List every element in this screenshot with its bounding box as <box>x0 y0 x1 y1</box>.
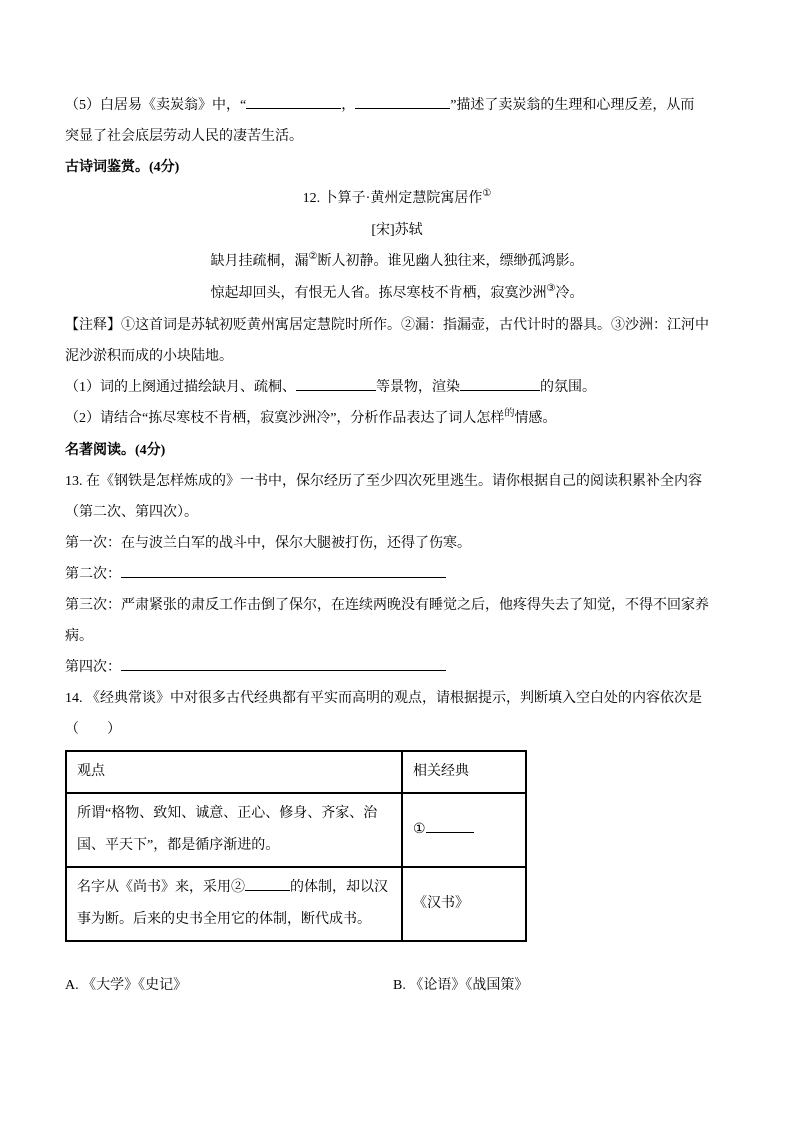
poem-notes-line1: 【注释】①这首词是苏轼初贬黄州寓居定慧院时所作。②漏：指漏壶，古代计时的器具。③… <box>65 310 729 341</box>
q1-blank-1 <box>296 376 376 391</box>
poem-stanza1-pre: 缺月挂疏桐，漏 <box>211 254 309 269</box>
table-row-1: 所谓“格物、致知、诚意、正心、修身、齐家、治国、平天下”，都是循序渐进的。 ① <box>66 793 526 867</box>
q2-text-post: 情感。 <box>514 411 556 426</box>
q13-line2: （第二次、第四次）。 <box>65 497 729 528</box>
poem-stanza2-post: 冷。 <box>555 286 583 301</box>
q5-line1: （5）白居易《卖炭翁》中，“，”描述了卖炭翁的生理和心理反差，从而 <box>65 90 729 121</box>
q5-text-pre: （5）白居易《卖炭翁》中，“ <box>65 98 246 113</box>
table-cell-viewpoint-2: 名字从《尚书》来，采用②的体制，却以汉事为断。后来的史书全用它的体制，断代成书。 <box>66 867 402 941</box>
table-cell-classic-2: 《汉书》 <box>402 867 526 941</box>
option-a: A. 《大学》《史记》 <box>65 970 393 1001</box>
fourth-time-label: 第四次： <box>65 660 121 675</box>
poem-note-marker-3: ③ <box>547 283 556 294</box>
viewpoint-2-pre: 名字从《尚书》来，采用② <box>77 880 245 895</box>
q14-line1: 14. 《经典常谈》中对很多古代经典都有平实而高明的观点，请根据提示，判断填入空… <box>65 683 729 714</box>
viewpoint-2-blank <box>245 876 290 891</box>
second-time-blank <box>121 563 446 578</box>
exam-document-page: （5）白居易《卖炭翁》中，“，”描述了卖炭翁的生理和心理反差，从而 突显了社会底… <box>0 0 794 1123</box>
q1-text-mid: 等景物，渲染 <box>376 380 460 395</box>
q5-text-sep: ， <box>341 98 355 113</box>
table-cell-viewpoint-1: 所谓“格物、致知、诚意、正心、修身、齐家、治国、平天下”，都是循序渐进的。 <box>66 793 402 867</box>
option-b: B. 《论语》《战国策》 <box>393 978 528 993</box>
reading-section-heading: 名著阅读。(4分) <box>65 435 729 466</box>
classics-table: 观点 相关经典 所谓“格物、致知、诚意、正心、修身、齐家、治国、平天下”，都是循… <box>65 750 527 942</box>
q5-blank-1 <box>246 94 341 109</box>
poetry-section-heading: 古诗词鉴赏。(4分) <box>65 152 729 183</box>
q13-third-time-line1: 第三次：严肃紧张的肃反工作击倒了保尔，在连续两晚没有睡觉之后，他疼得失去了知觉，… <box>65 590 729 621</box>
poem-title-text: 12. 卜算子·黄州定慧院寓居作 <box>303 191 483 206</box>
q13-second-time: 第二次： <box>65 559 729 590</box>
q13-first-time: 第一次：在与波兰白军的战斗中，保尔大腿被打伤，还得了伤寒。 <box>65 528 729 559</box>
poem-stanza2-pre: 惊起却回头，有恨无人省。拣尽寒枝不肯栖，寂寞沙洲 <box>211 286 547 301</box>
table-cell-classic-1: ① <box>402 793 526 867</box>
poem-stanza-1: 缺月挂疏桐，漏②断人初静。谁见幽人独往来，缥缈孤鸿影。 <box>65 246 729 278</box>
poem-stanza1-post: 断人初静。谁见幽人独往来，缥缈孤鸿影。 <box>317 254 583 269</box>
poem-title: 12. 卜算子·黄州定慧院寓居作① <box>65 183 729 215</box>
q5-line2: 突显了社会底层劳动人民的凄苦生活。 <box>65 121 729 152</box>
q5-blank-2 <box>355 94 450 109</box>
classic-1-number: ① <box>413 822 426 837</box>
q2-raised-char: 的 <box>504 408 514 419</box>
table-header-row: 观点 相关经典 <box>66 751 526 793</box>
q1-blank-2 <box>460 376 540 391</box>
fourth-time-blank <box>121 656 446 671</box>
q14-options: A. 《大学》《史记》B. 《论语》《战国策》 <box>65 970 729 1001</box>
q1-text-post: 的氛围。 <box>540 380 596 395</box>
poem-notes-line2: 泥沙淤积而成的小块陆地。 <box>65 341 729 372</box>
poetry-q2: （2）请结合“拣尽寒枝不肯栖，寂寞沙洲冷”，分析作品表达了词人怎样的情感。 <box>65 403 729 435</box>
table-header-classic: 相关经典 <box>402 751 526 793</box>
poem-author: [宋]苏轼 <box>65 215 729 246</box>
q14-line2: （ ） <box>65 714 729 745</box>
poem-note-marker-2: ② <box>309 251 318 262</box>
poem-stanza-2: 惊起却回头，有恨无人省。拣尽寒枝不肯栖，寂寞沙洲③冷。 <box>65 278 729 310</box>
q13-fourth-time: 第四次： <box>65 652 729 683</box>
second-time-label: 第二次： <box>65 567 121 582</box>
q13-line1: 13. 在《钢铁是怎样炼成的》一书中，保尔经历了至少四次死里逃生。请你根据自己的… <box>65 466 729 497</box>
q13-third-time-line2: 病。 <box>65 621 729 652</box>
classic-1-blank <box>426 818 474 833</box>
table-header-viewpoint: 观点 <box>66 751 402 793</box>
table-row-2: 名字从《尚书》来，采用②的体制，却以汉事为断。后来的史书全用它的体制，断代成书。… <box>66 867 526 941</box>
poem-title-note-marker: ① <box>482 188 491 199</box>
q5-text-post: ”描述了卖炭翁的生理和心理反差，从而 <box>450 98 694 113</box>
q1-text-pre: （1）词的上阕通过描绘缺月、疏桐、 <box>65 380 296 395</box>
poetry-q1: （1）词的上阕通过描绘缺月、疏桐、等景物，渲染的氛围。 <box>65 372 729 403</box>
q2-text-pre: （2）请结合“拣尽寒枝不肯栖，寂寞沙洲冷”，分析作品表达了词人怎样 <box>65 411 504 426</box>
